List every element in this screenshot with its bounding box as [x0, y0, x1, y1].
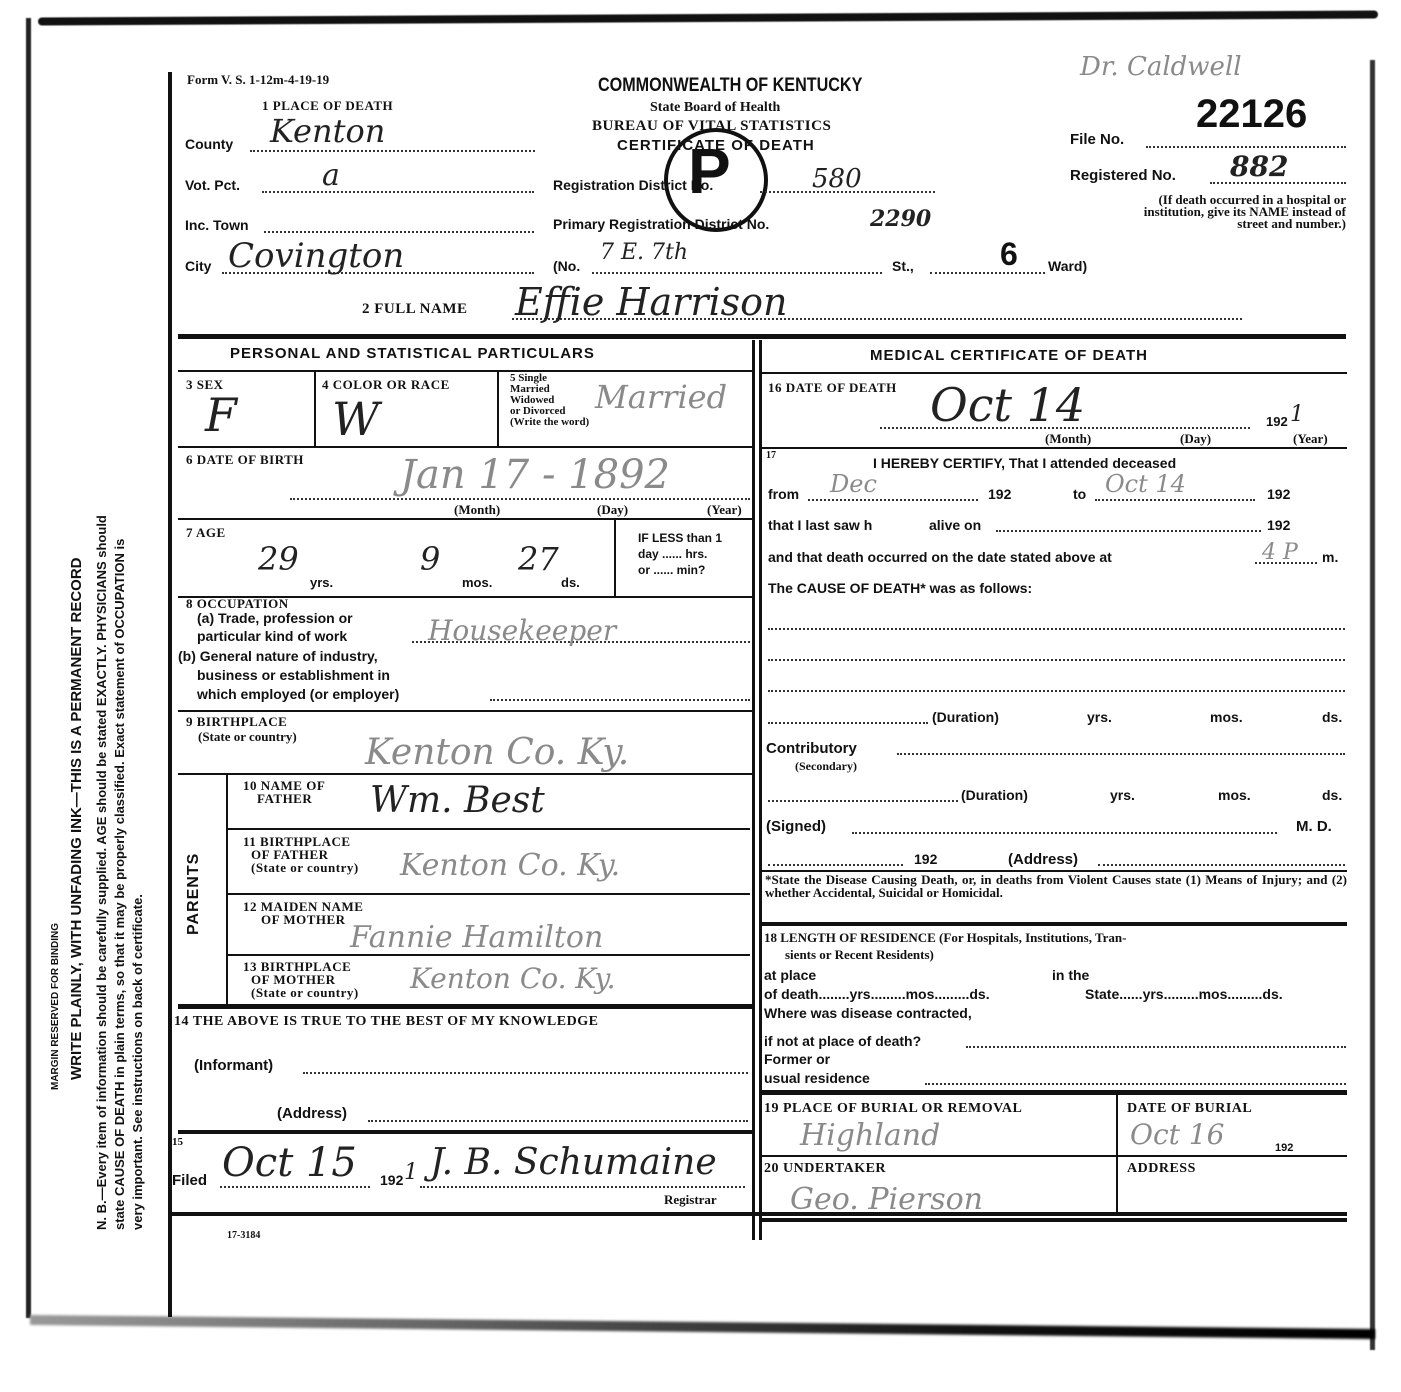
race-label: 4 COLOR OR RACE: [322, 377, 450, 393]
city-value[interactable]: Covington: [228, 236, 404, 276]
full-name-value[interactable]: Effie Harrison: [515, 280, 788, 324]
where-contracted-line[interactable]: [966, 1046, 1346, 1048]
birthplace-sub: (State or country): [198, 729, 297, 745]
rule: [178, 446, 752, 448]
signed-year: 192: [914, 851, 937, 867]
cause-footnote: *State the Disease Causing Death, or, in…: [765, 873, 1347, 899]
duration-line: [768, 722, 928, 724]
registration-district-value[interactable]: 580: [812, 164, 862, 194]
file-number-value: 22126: [1196, 92, 1307, 137]
dob-month-label: (Month): [454, 502, 500, 518]
rule: [228, 828, 750, 830]
filed-year-prefix: 192: [380, 1172, 403, 1188]
birthplace-value[interactable]: Kenton Co. Ky.: [365, 732, 629, 773]
informant-heading: 14 THE ABOVE IS TRUE TO THE BEST OF MY K…: [174, 1014, 598, 1030]
bottom-rule: [172, 1212, 1347, 1216]
physician-address-line[interactable]: [1098, 864, 1345, 866]
cause-line-3[interactable]: [768, 690, 1345, 692]
filed-date-value[interactable]: Oct 15: [222, 1140, 357, 1186]
rule: [226, 775, 228, 1007]
age-days-label: ds.: [561, 575, 580, 590]
to-line: [1095, 499, 1255, 501]
signed-label: (Signed): [766, 818, 826, 835]
secondary-label: (Secondary): [795, 759, 857, 774]
city-label: City: [185, 258, 211, 274]
last-saw-year: 192: [1267, 517, 1290, 533]
to-label: to: [1073, 486, 1086, 502]
father-birthplace-label: 11 BIRTHPLACE OF FATHER (State or countr…: [243, 835, 359, 874]
rule: [228, 893, 750, 895]
signed-date-line: [768, 864, 903, 866]
date-of-death-value[interactable]: Oct 14: [930, 378, 1085, 432]
form-code: Form V. S. 1-12m-4-19-19: [187, 72, 329, 88]
street-no-label: (No.: [553, 258, 580, 274]
marital-labels: 5 Single Married Widowed or Divorced (Wr…: [510, 373, 589, 428]
mother-name-label: 12 MAIDEN NAME OF MOTHER: [243, 900, 363, 926]
dob-line: [290, 498, 750, 500]
contributory-label: Contributory: [766, 740, 857, 757]
inc-town-label: Inc. Town: [185, 217, 249, 233]
nb-instruction-line-3: very important. See instructions on back…: [130, 894, 145, 1230]
death-time-statement: and that death occurred on the date stat…: [768, 549, 1112, 565]
primary-registration-label: Primary Registration District No.: [553, 216, 769, 232]
dod-month-label: (Month): [1045, 431, 1091, 447]
rule: [762, 372, 1347, 374]
occupation-a-value[interactable]: Housekeeper: [428, 614, 616, 647]
filed-year-suffix[interactable]: 1: [404, 1160, 418, 1185]
dod-year-prefix: 192: [1266, 414, 1288, 429]
medical-heading: MEDICAL CERTIFICATE OF DEATH: [870, 347, 1148, 364]
contributory-yrs: yrs.: [1110, 787, 1135, 803]
dob-day-label: (Day): [597, 502, 628, 518]
vot-pct-value[interactable]: a: [322, 158, 340, 193]
mother-birthplace-value[interactable]: Kenton Co. Ky.: [410, 962, 616, 995]
registered-number-value[interactable]: 882: [1230, 150, 1288, 183]
rule: [178, 710, 752, 712]
burial-place-label: 19 PLACE OF BURIAL OR REMOVAL: [764, 1101, 1022, 1117]
registrar-signature[interactable]: J. B. Schumaine: [430, 1142, 717, 1183]
dob-year-label: (Year): [707, 502, 742, 518]
rule: [178, 518, 752, 520]
rule: [614, 520, 616, 596]
corner-note: Dr. Caldwell: [1080, 52, 1242, 82]
age-years-value[interactable]: 29: [258, 540, 299, 578]
ward-label: Ward): [1048, 258, 1087, 274]
rule: [762, 1090, 1347, 1095]
parents-side-label: PARENTS: [185, 853, 203, 935]
occupation-b-line-2: business or establishment in: [197, 667, 390, 683]
filed-label: Filed: [172, 1172, 207, 1189]
registered-number-label: Registered No.: [1070, 167, 1176, 184]
rule: [314, 372, 316, 446]
ward-value[interactable]: 6: [1000, 236, 1018, 273]
father-name-label: 10 NAME OF FATHER: [243, 779, 325, 805]
informant-line[interactable]: [303, 1072, 748, 1074]
mother-birthplace-label: 13 BIRTHPLACE OF MOTHER (State or countr…: [243, 960, 359, 999]
contributory-mos: mos.: [1218, 787, 1251, 803]
filed-date-line: [220, 1186, 370, 1188]
file-number-line: [1146, 146, 1346, 148]
certify-statement: I HEREBY CERTIFY, That I attended deceas…: [873, 455, 1176, 471]
less-than-day-note: IF LESS than 1 day ...... hrs. or ......…: [638, 530, 722, 578]
if-not-label: if not at place of death?: [764, 1033, 921, 1049]
state-title: COMMONWEALTH OF KENTUCKY: [598, 75, 862, 97]
rule: [762, 1155, 1347, 1157]
rule: [178, 1130, 752, 1134]
registrar-label: Registrar: [664, 1192, 717, 1208]
undertaker-value[interactable]: Geo. Pierson: [790, 1182, 983, 1217]
rule: [178, 773, 752, 775]
rule: [228, 954, 750, 956]
former-label: Former or: [764, 1051, 830, 1067]
race-value[interactable]: W: [332, 392, 379, 446]
registrar-line: [420, 1186, 745, 1188]
to-value[interactable]: Oct 14: [1105, 470, 1186, 498]
age-label: 7 AGE: [186, 525, 226, 541]
occupation-b-line: [490, 699, 750, 701]
date-of-death-label: 16 DATE OF DEATH: [768, 380, 897, 396]
signed-line[interactable]: [852, 832, 1277, 834]
father-birthplace-value[interactable]: Kenton Co. Ky.: [400, 848, 620, 883]
md-label: M. D.: [1296, 818, 1332, 835]
usual-residence-line[interactable]: [925, 1083, 1346, 1085]
at-place-label: at place: [764, 967, 816, 983]
residence-at-place: of death........yrs.........mos.........…: [764, 986, 990, 1002]
rule: [762, 447, 1347, 449]
registration-district-label: Registration District No.: [553, 177, 713, 193]
nb-instruction-line-2: state CAUSE OF DEATH in plain terms, so …: [112, 539, 127, 1230]
dob-value[interactable]: Jan 17 - 1892: [400, 452, 670, 498]
burial-date-value[interactable]: Oct 16: [1130, 1118, 1224, 1151]
vot-pct-label: Vot. Pct.: [185, 177, 240, 193]
contributory-ds: ds.: [1322, 787, 1342, 803]
birthplace-label: 9 BIRTHPLACE: [186, 714, 287, 730]
occupation-a-line-1: (a) Trade, profession or: [197, 610, 353, 626]
from-label: from: [768, 486, 799, 502]
duration-mos: mos.: [1210, 709, 1243, 725]
age-days-value[interactable]: 27: [518, 540, 559, 578]
usual-residence-label: usual residence: [764, 1070, 870, 1086]
informant-address-line[interactable]: [368, 1120, 748, 1122]
cause-line-2[interactable]: [768, 659, 1345, 661]
marital-value[interactable]: Married: [595, 378, 727, 416]
sex-value[interactable]: F: [205, 388, 237, 442]
burial-year: 192: [1275, 1142, 1293, 1154]
where-contracted-label: Where was disease contracted,: [764, 1005, 972, 1021]
alive-on-label: alive on: [929, 517, 981, 533]
last-saw-label: that I last saw h: [768, 517, 872, 533]
left-border: [168, 72, 172, 1317]
contributory-duration-label: (Duration): [961, 787, 1028, 803]
from-year: 192: [988, 486, 1011, 502]
to-year: 192: [1267, 486, 1290, 502]
dod-year-label: (Year): [1293, 431, 1328, 447]
occupation-b-line-3: which employed (or employer): [197, 686, 399, 702]
board-title: State Board of Health: [650, 100, 780, 116]
burial-date-label: DATE OF BURIAL: [1127, 1101, 1252, 1117]
age-years-label: yrs.: [310, 575, 333, 590]
residence-in-state: State......yrs.........mos.........ds.: [1085, 986, 1283, 1002]
rule: [762, 922, 1347, 926]
occupation-a-line-2: particular kind of work: [197, 628, 347, 644]
certify-number: 17: [766, 450, 776, 461]
file-number-label: File No.: [1070, 131, 1124, 148]
undertaker-address-label: ADDRESS: [1127, 1161, 1196, 1177]
full-name-label: 2 FULL NAME: [362, 301, 468, 318]
informant-address-label: (Address): [277, 1105, 347, 1122]
from-line: [808, 499, 978, 501]
mother-name-value[interactable]: Fannie Hamilton: [350, 920, 603, 955]
paper-edge-left: [26, 18, 31, 1318]
street-label: St.,: [892, 258, 914, 274]
county-value[interactable]: Kenton: [270, 112, 385, 150]
street-field-line: [592, 272, 882, 274]
dod-day-label: (Day): [1180, 431, 1211, 447]
hospital-note: (If death occurred in a hospital or inst…: [1126, 194, 1346, 230]
from-value[interactable]: Dec: [830, 470, 877, 498]
duration-ds: ds.: [1322, 709, 1342, 725]
rule: [497, 372, 499, 446]
undertaker-label: 20 UNDERTAKER: [764, 1161, 886, 1177]
inc-town-field-line: [264, 231, 534, 233]
cause-line-1[interactable]: [768, 628, 1345, 630]
duration-label: (Duration): [932, 709, 999, 725]
residence-heading-2: sients or Recent Residents): [785, 947, 934, 963]
informant-label: (Informant): [194, 1057, 273, 1074]
burial-place-value[interactable]: Highland: [800, 1118, 940, 1153]
county-field-line: [250, 150, 535, 152]
duration-yrs: yrs.: [1087, 709, 1112, 725]
center-divider-right: [759, 340, 762, 1240]
personal-heading: PERSONAL AND STATISTICAL PARTICULARS: [230, 345, 595, 362]
age-months-value[interactable]: 9: [420, 540, 440, 578]
nb-instruction-line-1: N. B.—Every item of information should b…: [94, 515, 109, 1230]
vot-pct-field-line: [262, 191, 534, 193]
margin-reserved-label: MARGIN RESERVED FOR BINDING: [50, 923, 61, 1090]
death-time-value[interactable]: 4 P: [1262, 540, 1298, 565]
residence-heading-1: 18 LENGTH OF RESIDENCE (For Hospitals, I…: [764, 930, 1127, 946]
cause-of-death-heading: The CAUSE OF DEATH* was as follows:: [768, 580, 1032, 596]
dob-label: 6 DATE OF BIRTH: [186, 452, 304, 468]
last-saw-line: [996, 530, 1261, 532]
county-label: County: [185, 136, 233, 152]
age-months-label: mos.: [462, 575, 492, 590]
rule: [178, 370, 752, 372]
section-top-rule: [178, 334, 1346, 339]
in-the-label: in the: [1052, 967, 1089, 983]
dod-year-suffix[interactable]: 1: [1290, 402, 1304, 427]
father-name-value[interactable]: Wm. Best: [370, 780, 545, 821]
center-divider-left: [752, 340, 755, 1240]
physician-address-label: (Address): [1008, 851, 1078, 868]
write-plainly-note: WRITE PLAINLY, WITH UNFADING INK—THIS IS…: [68, 557, 85, 1080]
rule: [178, 1004, 752, 1009]
primary-registration-value[interactable]: 2290: [870, 206, 931, 232]
ward-field-line: [930, 272, 1045, 274]
bottom-rule-2: [760, 1218, 1347, 1222]
print-code: 17-3184: [227, 1230, 260, 1241]
death-time-suffix: m.: [1322, 549, 1338, 565]
filed-number: 15: [172, 1136, 183, 1148]
street-no-value[interactable]: 7 E. 7th: [600, 240, 688, 265]
occupation-b-line-1: (b) General nature of industry,: [178, 648, 378, 664]
paper-edge-right: [1370, 60, 1375, 1350]
contributory-line[interactable]: [897, 753, 1345, 755]
contributory-duration-line: [768, 800, 958, 802]
